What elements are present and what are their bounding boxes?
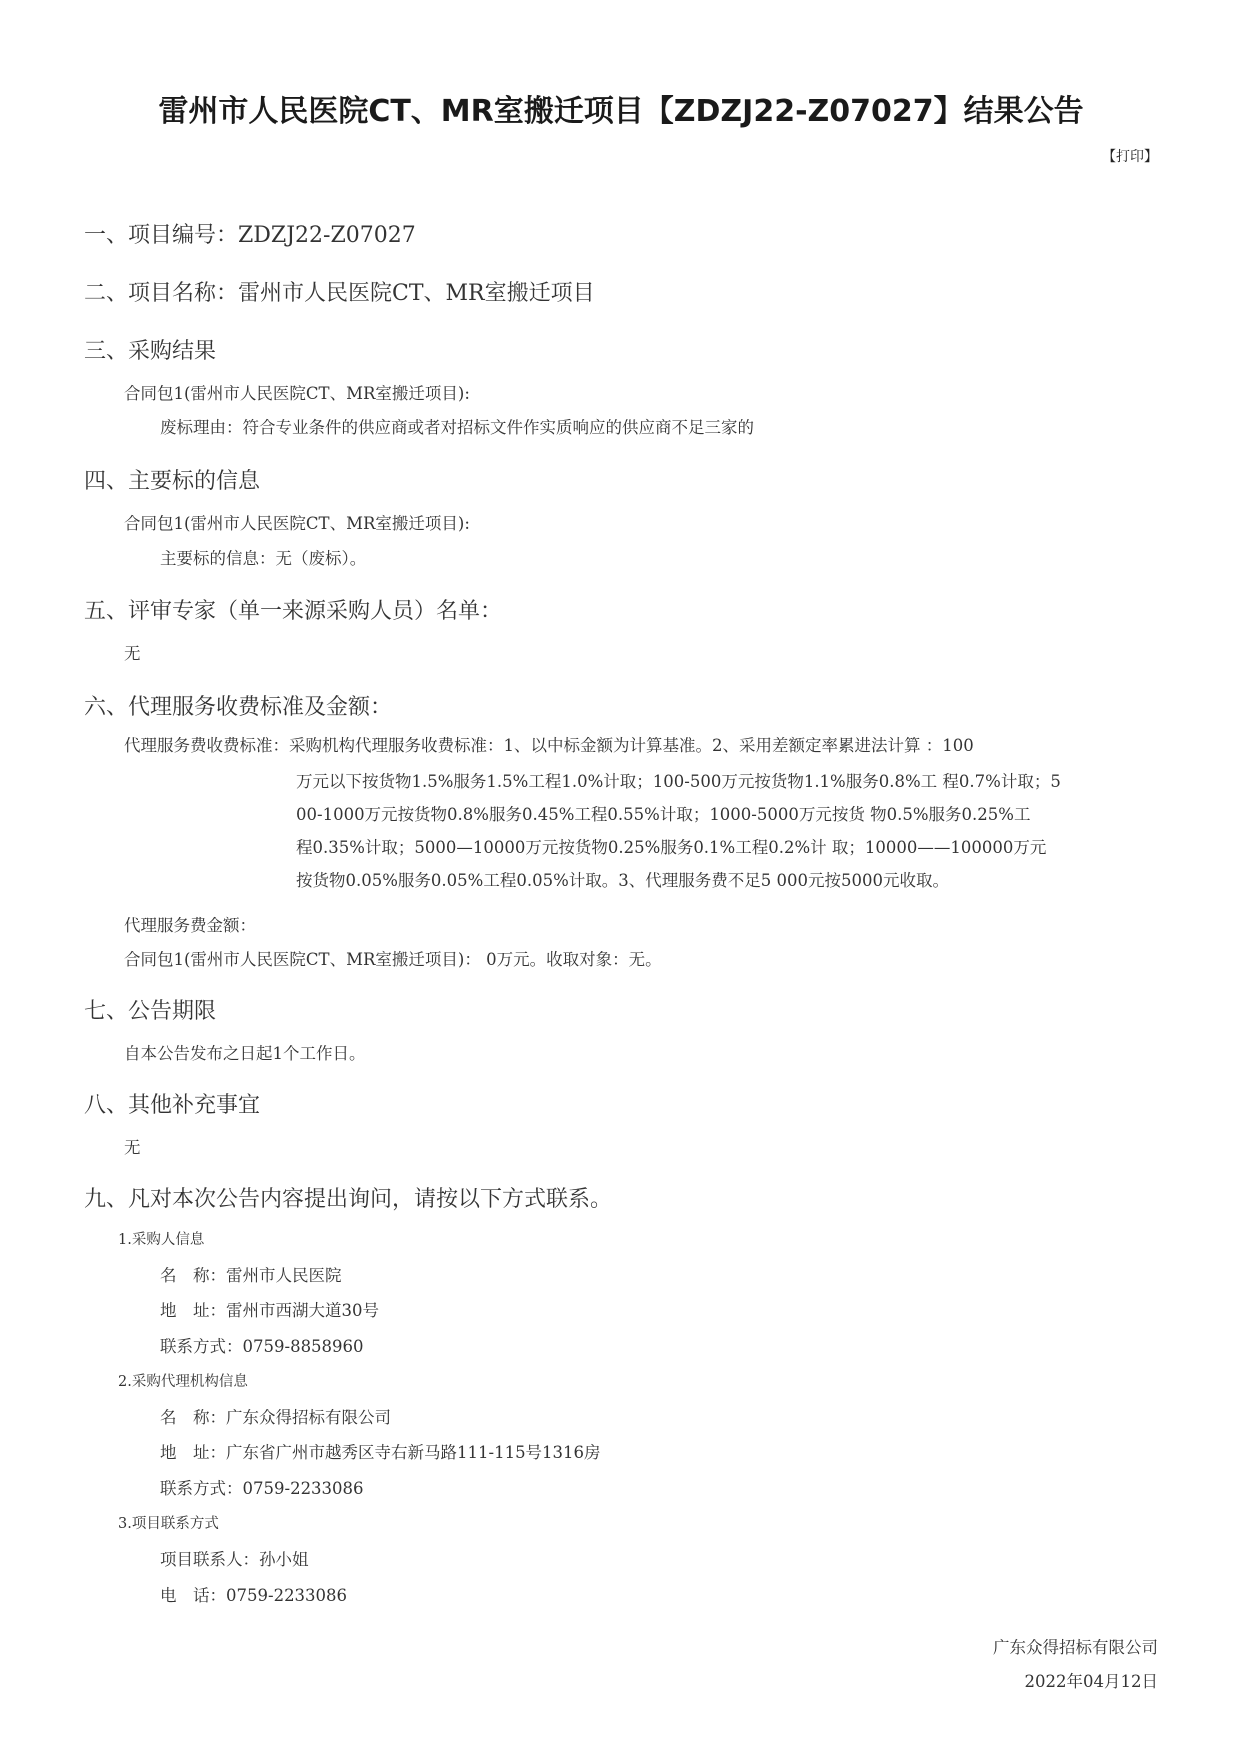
fee-standard-line: 00-1000万元按货物0.8%服务0.45%工程0.55%计取；1000-50… (296, 798, 1160, 831)
purchaser-name: 名 称：雷州市人民医院 (160, 1262, 342, 1286)
agency-name: 名 称：广东众得招标有限公司 (160, 1404, 391, 1428)
fee-standard-block: 万元以下按货物1.5%服务1.5%工程1.0%计取；100-500万元按货物1.… (296, 765, 1160, 897)
section-agency-fee-heading: 六、代理服务收费标准及金额： (84, 690, 392, 721)
notice-period-content: 自本公告发布之日起1个工作日。 (124, 1040, 366, 1064)
fee-standard-first-line: 代理服务费收费标准：采购机构代理服务收费标准：1、以中标金额为计算基准。2、采用… (124, 732, 974, 756)
fee-standard-line: 按货物0.05%服务0.05%工程0.05%计取。3、代理服务费不足5 000元… (296, 864, 1160, 897)
print-link[interactable]: 【打印】 (1102, 146, 1158, 166)
section-main-subject-heading: 四、主要标的信息 (84, 464, 260, 495)
section-project-name: 二、项目名称：雷州市人民医院CT、MR室搬迁项目 (84, 276, 595, 307)
section-contact-heading: 九、凡对本次公告内容提出询问，请按以下方式联系。 (84, 1182, 612, 1213)
section-notice-period-heading: 七、公告期限 (84, 994, 216, 1025)
page-title: 雷州市人民医院CT、MR室搬迁项目【ZDZJ22-Z07027】结果公告 (0, 86, 1242, 130)
fee-standard-line: 万元以下按货物1.5%服务1.5%工程1.0%计取；100-500万元按货物1.… (296, 765, 1160, 798)
fee-standard-line: 程0.35%计取；5000—10000万元按货物0.25%服务0.1%工程0.2… (296, 831, 1160, 864)
result-package: 合同包1(雷州市人民医院CT、MR室搬迁项目): (124, 380, 470, 404)
section-experts-heading: 五、评审专家（单一来源采购人员）名单： (84, 594, 502, 625)
section-procurement-result-heading: 三、采购结果 (84, 334, 216, 365)
purchaser-contact: 联系方式：0759-8858960 (160, 1333, 364, 1357)
purchaser-info-title: 1.采购人信息 (118, 1228, 204, 1249)
agency-info-title: 2.采购代理机构信息 (118, 1370, 248, 1391)
signature-date: 2022年04月12日 (1025, 1668, 1158, 1692)
experts-content: 无 (124, 640, 141, 664)
section-other-matters-heading: 八、其他补充事宜 (84, 1088, 260, 1119)
project-contact-person: 项目联系人：孙小姐 (160, 1546, 309, 1570)
signature-company: 广东众得招标有限公司 (993, 1634, 1158, 1658)
purchaser-address: 地 址：雷州市西湖大道30号 (160, 1297, 379, 1321)
project-contact-phone: 电 话：0759-2233086 (160, 1582, 347, 1606)
section-project-number: 一、项目编号：ZDZJ22-Z07027 (84, 218, 416, 249)
subject-detail: 主要标的信息：无（废标）。 (160, 545, 366, 569)
agency-contact: 联系方式：0759-2233086 (160, 1475, 364, 1499)
other-matters-content: 无 (124, 1134, 141, 1158)
fee-amount-value: 合同包1(雷州市人民医院CT、MR室搬迁项目)： 0万元。收取对象：无。 (124, 946, 662, 970)
result-detail: 废标理由：符合专业条件的供应商或者对招标文件作实质响应的供应商不足三家的 (160, 414, 754, 438)
project-contact-title: 3.项目联系方式 (118, 1512, 219, 1533)
subject-package: 合同包1(雷州市人民医院CT、MR室搬迁项目): (124, 510, 470, 534)
fee-amount-label: 代理服务费金额： (124, 912, 256, 936)
agency-address: 地 址：广东省广州市越秀区寺右新马路111-115号1316房 (160, 1439, 601, 1463)
